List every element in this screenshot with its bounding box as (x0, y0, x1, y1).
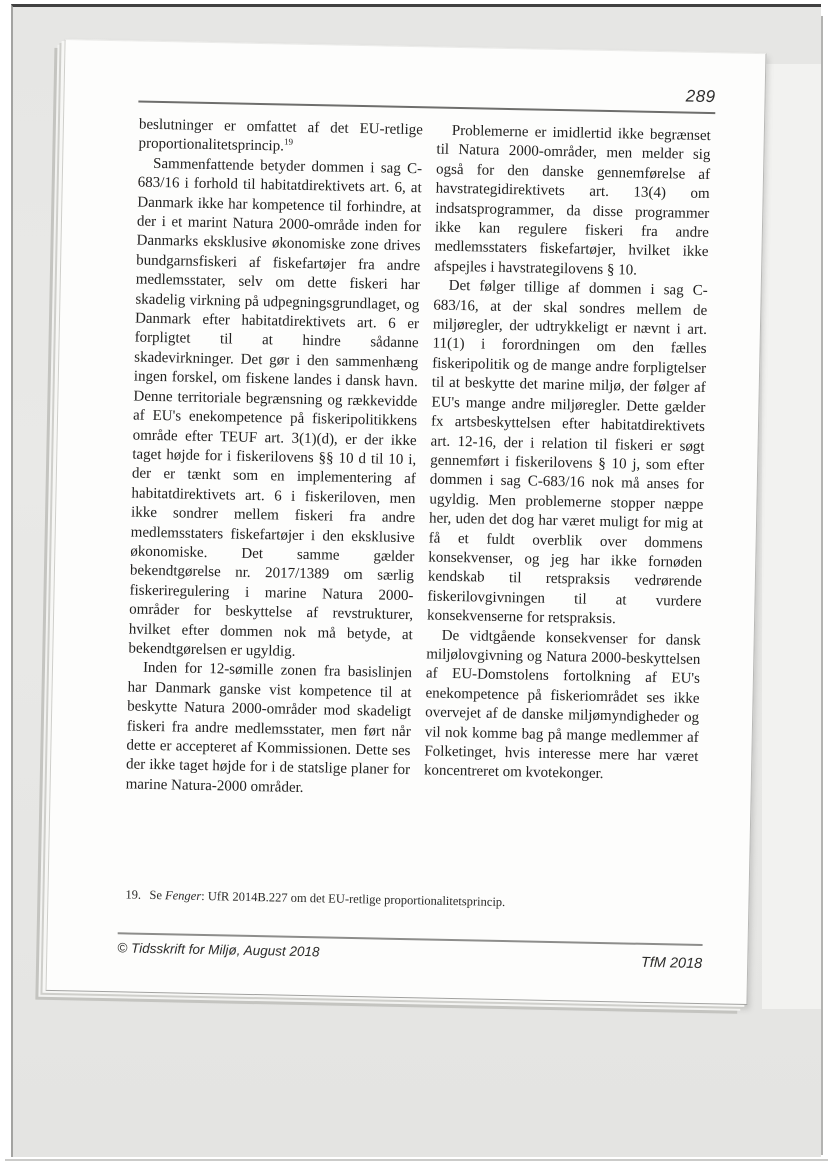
paragraph: Det følger tillige af dommen i sag C-683… (427, 277, 708, 632)
footnote-text-suffix: : UfR 2014B.227 om det EU-retlige propor… (201, 889, 505, 909)
column-right: Problemerne er imidlertid ikke begrænset… (423, 122, 711, 807)
footnote-author: Fenger (165, 888, 201, 903)
scan-bottom-edge-line (5, 1159, 828, 1161)
footnote-number: 19. (125, 886, 149, 903)
footnote-text: Se Fenger: UfR 2014B.227 om det EU-retli… (149, 887, 513, 911)
paragraph-continuation: beslutninger er omfattet af det EU-retli… (138, 116, 423, 161)
paragraph-text: beslutninger er omfattet af det EU-retli… (138, 117, 423, 155)
scanned-journal-page: 289 beslutninger er omfattet af det EU-r… (0, 0, 828, 1169)
adjacent-page-edge (762, 64, 821, 1009)
page-footer: © Tidsskrift for Miljø, August 2018 TfM … (117, 940, 702, 972)
article-body: beslutninger er omfattet af det EU-retli… (125, 116, 711, 807)
scan-right-edge-line (821, 16, 823, 1155)
footnote-reference: 19 (284, 137, 293, 147)
paragraph: De vidtgående konsekvenser for dansk mil… (424, 626, 701, 787)
paragraph: Sammenfattende betyder dommen i sag C-68… (128, 154, 422, 664)
paper-sheet: 289 beslutninger er omfattet af det EU-r… (46, 39, 767, 1005)
paragraph: Problemerne er imidlertid ikke begrænset… (434, 122, 711, 283)
footnote: 19. Se Fenger: UfR 2014B.227 om det EU-r… (125, 886, 513, 910)
footnote-text-prefix: Se (149, 888, 165, 902)
footer-journal-mark: TfM 2018 (641, 951, 703, 972)
footer-copyright: © Tidsskrift for Miljø, August 2018 (117, 940, 319, 959)
paragraph: Inden for 12-sømille zonen fra basislinj… (125, 659, 412, 801)
column-left: beslutninger er omfattet af det EU-retli… (125, 116, 423, 801)
